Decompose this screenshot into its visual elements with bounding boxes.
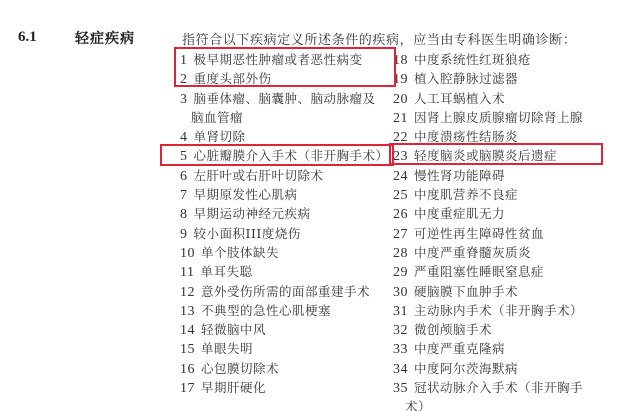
list-item: 34中度阿尔茨海默病 [393, 359, 629, 378]
list-item-continuation: 术） [393, 397, 629, 411]
list-item: 19植入腔静脉过滤器 [393, 69, 629, 88]
disease-list-right: 18中度系统性红斑狼疮 19植入腔静脉过滤器 20人工耳蜗植入术 21因肾上腺皮… [393, 50, 629, 411]
list-item: 31主动脉内手术（非开胸手术） [393, 301, 629, 320]
list-item: 10单个肢体缺失 [180, 243, 395, 262]
list-item: 5心脏瓣膜介入手术（非开胸手术） [180, 146, 395, 165]
list-item: 8早期运动神经元疾病 [180, 204, 395, 223]
list-item: 2重度头部外伤 [180, 69, 395, 88]
list-item: 11单耳失聪 [180, 262, 395, 281]
section-number: 6.1 [18, 29, 37, 46]
section-title: 轻症疾病 [75, 28, 135, 48]
list-item: 15单眼失明 [180, 339, 395, 358]
list-item: 30硬脑膜下血肿手术 [393, 282, 629, 301]
section-intro: 指符合以下疾病定义所述条件的疾病，应当由专科医生明确诊断： [182, 29, 576, 48]
list-item: 1极早期恶性肿瘤或者恶性病变 [180, 50, 395, 69]
list-item: 29严重阻塞性睡眠窒息症 [393, 262, 629, 281]
list-item: 12意外受伤所需的面部重建手术 [180, 282, 395, 301]
list-item: 14轻微脑中风 [180, 320, 395, 339]
list-item: 22中度溃疡性结肠炎 [393, 127, 629, 146]
list-item: 27可逆性再生障碍性贫血 [393, 224, 629, 243]
list-item: 3脑垂体瘤、脑囊肿、脑动脉瘤及 [180, 89, 395, 108]
list-item: 26中度重症肌无力 [393, 204, 629, 223]
list-item: 17早期肝硬化 [180, 378, 395, 397]
list-item: 21因肾上腺皮质腺瘤切除肾上腺 [393, 108, 629, 127]
list-item: 24慢性肾功能障碍 [393, 166, 629, 185]
list-item: 25中度肌营养不良症 [393, 185, 629, 204]
list-item-continuation: 脑血管瘤 [180, 108, 395, 127]
list-item: 20人工耳蜗植入术 [393, 89, 629, 108]
list-item: 35冠状动脉介入手术（非开胸手 [393, 378, 629, 397]
list-item: 13不典型的急性心肌梗塞 [180, 301, 395, 320]
list-item: 18中度系统性红斑狼疮 [393, 50, 629, 69]
list-item: 32微创颅脑手术 [393, 320, 629, 339]
list-item: 28中度严重脊髓灰质炎 [393, 243, 629, 262]
list-item: 23轻度脑炎或脑膜炎后遗症 [393, 146, 629, 165]
list-item: 4单肾切除 [180, 127, 395, 146]
list-item: 6左肝叶或右肝叶切除术 [180, 166, 395, 185]
list-item: 33中度严重克隆病 [393, 339, 629, 358]
list-item: 9较小面积III度烧伤 [180, 224, 395, 243]
list-item: 16心包膜切除术 [180, 359, 395, 378]
disease-list-left: 1极早期恶性肿瘤或者恶性病变 2重度头部外伤 3脑垂体瘤、脑囊肿、脑动脉瘤及 脑… [180, 50, 395, 397]
list-item: 7早期原发性心肌病 [180, 185, 395, 204]
